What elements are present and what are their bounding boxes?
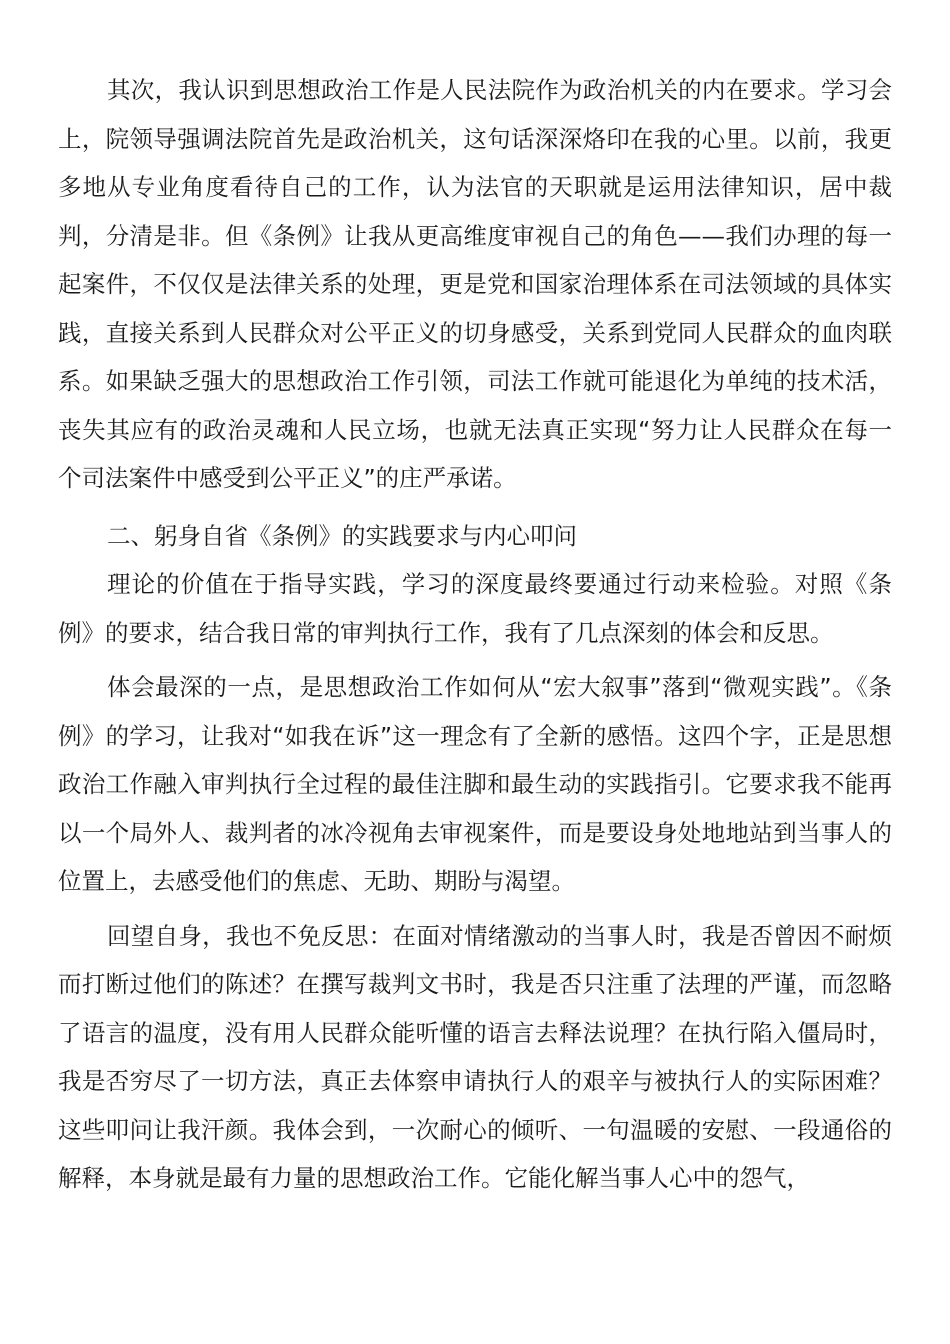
section-heading-two: 二、躬身自省《条例》的实践要求与内心叩问 (58, 512, 892, 561)
paragraph-self-reflection: 回望自身，我也不免反思：在面对情绪激动的当事人时，我是否曾因不耐烦而打断过他们的… (58, 912, 892, 1203)
paragraph-theory-practice: 理论的价值在于指导实践，学习的深度最终要通过行动来检验。对照《条例》的要求，结合… (58, 560, 892, 657)
document-page: 其次，我认识到思想政治工作是人民法院作为政治机关的内在要求。学习会上，院领导强调… (58, 66, 892, 1203)
paragraph-political-organ: 其次，我认识到思想政治工作是人民法院作为政治机关的内在要求。学习会上，院领导强调… (58, 66, 892, 503)
paragraph-micro-practice: 体会最深的一点，是思想政治工作如何从“宏大叙事”落到“微观实践”。《条例》的学习… (58, 663, 892, 906)
